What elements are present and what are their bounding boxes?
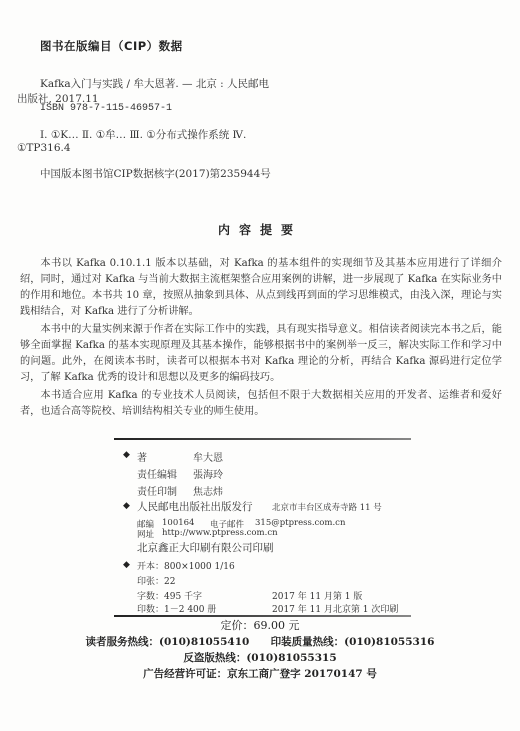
hotlines-row: 读者服务热线：(010)81055410 印装质量热线：(010)8105531… <box>0 634 520 649</box>
editor-label: 责任编辑 <box>137 466 177 481</box>
cip-title: 图书在版编目（CIP）数据 <box>40 38 183 54</box>
email: 315@ptpress.com.cn <box>255 518 345 528</box>
summary-paragraph: 本书适合应用 Kafka 的专业技术人员阅读，包括但不限于大数据相关应用的开发者… <box>20 388 502 420</box>
diamond-bullet-icon: ◆ <box>123 501 130 511</box>
cip-number: 中国版本图书馆CIP数据核字(2017)第235944号 <box>40 166 271 181</box>
author-name: 牟大恩 <box>193 449 223 464</box>
printer: 北京鑫正大印刷有限公司印刷 <box>137 540 274 555</box>
print-manager-label: 责任印制 <box>137 483 177 498</box>
editor-name: 張海玲 <box>193 466 223 481</box>
publisher-address: 北京市丰台区成寿寺路 11 号 <box>272 501 382 513</box>
price: 定价：69.00 元 <box>0 617 520 633</box>
divider-top <box>114 438 411 440</box>
print-run: 印数：1－2 400 册 <box>137 602 216 615</box>
postcode: 100164 <box>162 518 194 528</box>
quality-hotline: 印装质量热线：(010)81055316 <box>271 636 435 648</box>
summary-title: 内容提要 <box>0 221 520 238</box>
cip-title-line: Kafka入门与实践 / 牟大恩著. — 北京 : 人民邮电 <box>40 76 269 91</box>
summary-paragraph: 本书以 Kafka 0.10.1.1 版本以基础，对 Kafka 的基本组件的实… <box>20 256 502 320</box>
format: 开本：800×1000 1/16 <box>137 559 235 572</box>
author-label: 著 <box>137 449 147 464</box>
diamond-bullet-icon: ◆ <box>123 560 130 570</box>
web-label: 网址 <box>137 528 154 540</box>
cip-isbn: ISBN 978-7-115-46957-1 <box>40 103 172 114</box>
diamond-bullet-icon: ◆ <box>123 450 130 460</box>
edition: 2017 年 11 月第 1 版 <box>272 589 362 602</box>
publisher: 人民邮电出版社出版发行 <box>137 499 253 514</box>
cip-classification: Ⅰ. ①K… Ⅱ. ①牟… Ⅲ. ①分布式操作系统 Ⅳ. <box>40 127 246 142</box>
print-manager-name: 焦志炜 <box>193 483 223 498</box>
cip-classification-code: ①TP316.4 <box>17 142 71 154</box>
word-count: 字数：495 千字 <box>137 589 202 602</box>
sheets: 印张：22 <box>137 574 175 587</box>
printing: 2017 年 11 月北京第 1 次印刷 <box>272 602 398 615</box>
piracy-hotline: 反盗版热线：(010)81055315 <box>0 650 520 665</box>
reader-hotline: 读者服务热线：(010)81055410 <box>86 636 250 648</box>
ad-license: 广告经营许可证：京东工商广登字 20170147 号 <box>0 666 520 681</box>
summary-paragraph: 本书中的大量实例来源于作者在实际工作中的实践，具有现实指导意义。相信读者阅读完本… <box>20 322 502 386</box>
web-url: http://www.ptpress.com.cn <box>162 528 278 538</box>
